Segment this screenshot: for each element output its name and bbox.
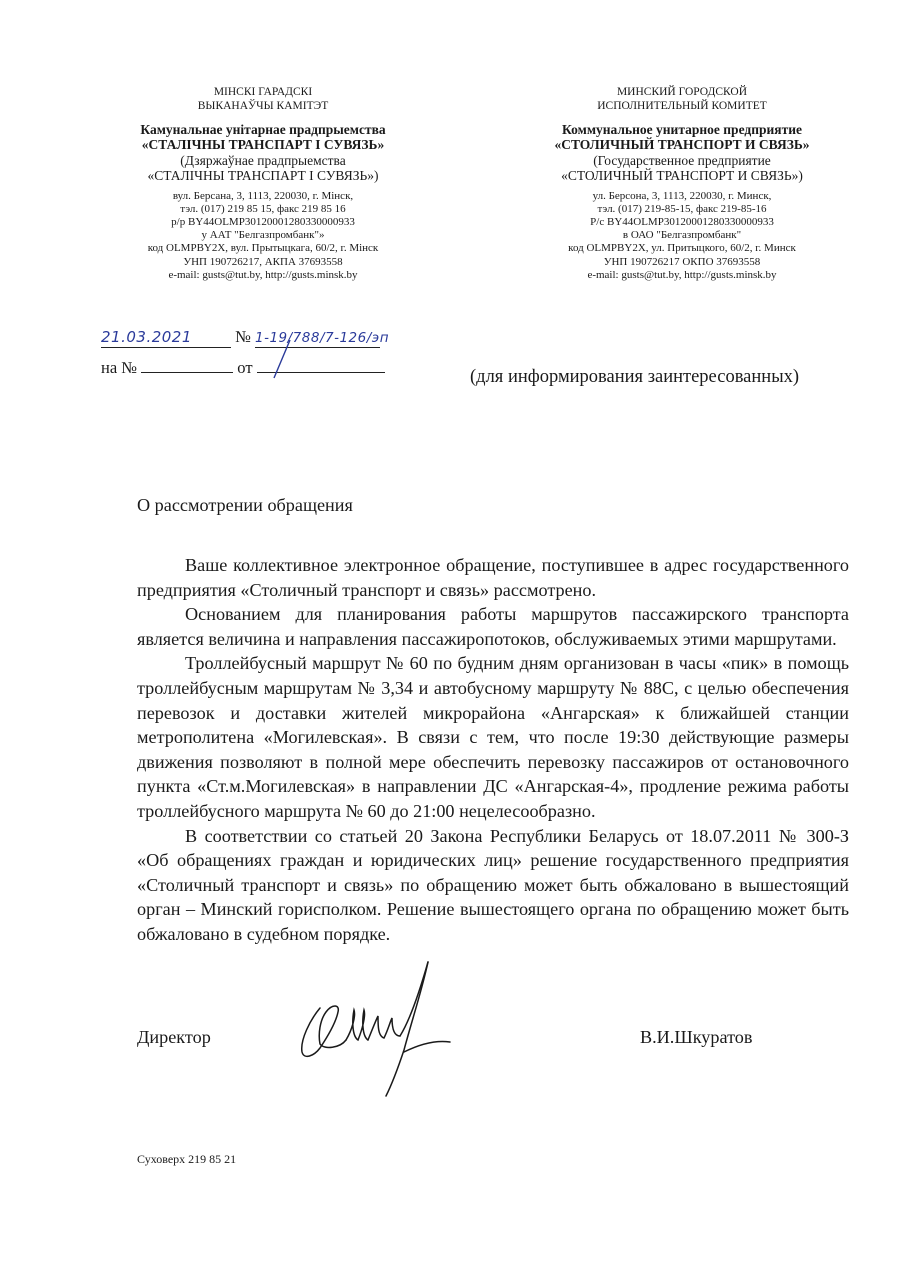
committee-name: МИНСКИЙ ГОРОДСКОЙ ИСПОЛНИТЕЛЬНЫЙ КОМИТЕТ (512, 86, 852, 114)
address-line: у ААТ "Белгазпромбанк"» (98, 229, 428, 242)
organization-address: вул. Берсана, 3, 1113, 220030, г. Мінск,… (98, 190, 428, 282)
signature-icon (280, 960, 480, 1100)
body-paragraph: Троллейбусный маршрут № 60 по будним дня… (137, 651, 849, 823)
address-line: код OLMPBY2X, вул. Прытыцкага, 60/2, г. … (98, 242, 428, 255)
address-line: Р/с BY44OLMP30120001280330000933 (512, 216, 852, 229)
committee-name: МІНСКІ ГАРАДСКІ ВЫКАНАЎЧЫ КАМІТЭТ (98, 86, 428, 114)
body-paragraph: В соответствии со статьей 20 Закона Респ… (137, 824, 849, 947)
organization-subtitle: (Дзяржаўнае прадпрыемства «СТАЛІЧНЫ ТРАН… (98, 153, 428, 184)
organization-name: Камунальнае унітарнае прадпрыемства «СТА… (98, 122, 428, 153)
org-line: «СТОЛИЧНЫЙ ТРАНСПОРТ И СВЯЗЬ» (512, 137, 852, 153)
reply-to-label: на № (101, 358, 137, 377)
address-line: e-mail: gusts@tut.by, http://gusts.minsk… (98, 269, 428, 282)
address-line: в ОАО "Белгазпромбанк" (512, 229, 852, 242)
subject-line: О рассмотрении обращения (137, 495, 353, 516)
address-line: вул. Берсана, 3, 1113, 220030, г. Мінск, (98, 190, 428, 203)
org-line: «СТАЛІЧНЫ ТРАНСПАРТ І СУВЯЗЬ» (98, 137, 428, 153)
letterhead-russian: МИНСКИЙ ГОРОДСКОЙ ИСПОЛНИТЕЛЬНЫЙ КОМИТЕТ… (512, 86, 852, 282)
body-paragraph: Основанием для планирования работы маршр… (137, 602, 849, 651)
letterhead-belarusian: МІНСКІ ГАРАДСКІ ВЫКАНАЎЧЫ КАМІТЭТ Камуна… (98, 86, 428, 282)
from-label: от (237, 358, 252, 377)
address-line: код OLMPBY2X, ул. Притыцкого, 60/2, г. М… (512, 242, 852, 255)
incoming-reference: на № от (101, 358, 421, 378)
handwritten-date: 21.03.2021 (101, 328, 192, 346)
sub-line: (Дзяржаўнае прадпрыемства (98, 153, 428, 169)
address-line: УНП 190726217 ОКПО 37693558 (512, 256, 852, 269)
committee-line: ИСПОЛНИТЕЛЬНЫЙ КОМИТЕТ (512, 100, 852, 114)
address-line: тэл. (017) 219 85 15, факс 219 85 16 (98, 203, 428, 216)
address-line: тэл. (017) 219-85-15, факс 219-85-16 (512, 203, 852, 216)
signatory-position: Директор (137, 1027, 211, 1048)
organization-address: ул. Берсона, 3, 1113, 220030, г. Минск, … (512, 190, 852, 282)
date-field: 21.03.2021 (101, 327, 231, 348)
sub-line: «СТОЛИЧНЫЙ ТРАНСПОРТ И СВЯЗЬ») (512, 168, 852, 184)
executor-note: Суховерх 219 85 21 (137, 1152, 236, 1167)
sub-line: «СТАЛІЧНЫ ТРАНСПАРТ І СУВЯЗЬ») (98, 168, 428, 184)
committee-line: ВЫКАНАЎЧЫ КАМІТЭТ (98, 100, 428, 114)
sub-line: (Государственное предприятие (512, 153, 852, 169)
organization-subtitle: (Государственное предприятие «СТОЛИЧНЫЙ … (512, 153, 852, 184)
number-label: № (235, 327, 251, 346)
org-line: Камунальнае унітарнае прадпрыемства (98, 122, 428, 138)
org-line: Коммунальное унитарное предприятие (512, 122, 852, 138)
reply-to-number-field (141, 358, 233, 373)
handwriting-stroke-icon (268, 338, 298, 382)
committee-line: МИНСКИЙ ГОРОДСКОЙ (512, 86, 852, 100)
address-line: ул. Берсона, 3, 1113, 220030, г. Минск, (512, 190, 852, 203)
organization-name: Коммунальное унитарное предприятие «СТОЛ… (512, 122, 852, 153)
committee-line: МІНСКІ ГАРАДСКІ (98, 86, 428, 100)
addressee: (для информирования заинтересованных) (470, 367, 799, 388)
address-line: e-mail: gusts@tut.by, http://gusts.minsk… (512, 269, 852, 282)
body-paragraph: Ваше коллективное электронное обращение,… (137, 553, 849, 602)
letter-body: Ваше коллективное электронное обращение,… (137, 553, 849, 947)
address-line: р/р BY44OLMP30120001280330000933 (98, 216, 428, 229)
address-line: УНП 190726217, АКПА 37693558 (98, 256, 428, 269)
signatory-name: В.И.Шкуратов (640, 1027, 752, 1048)
